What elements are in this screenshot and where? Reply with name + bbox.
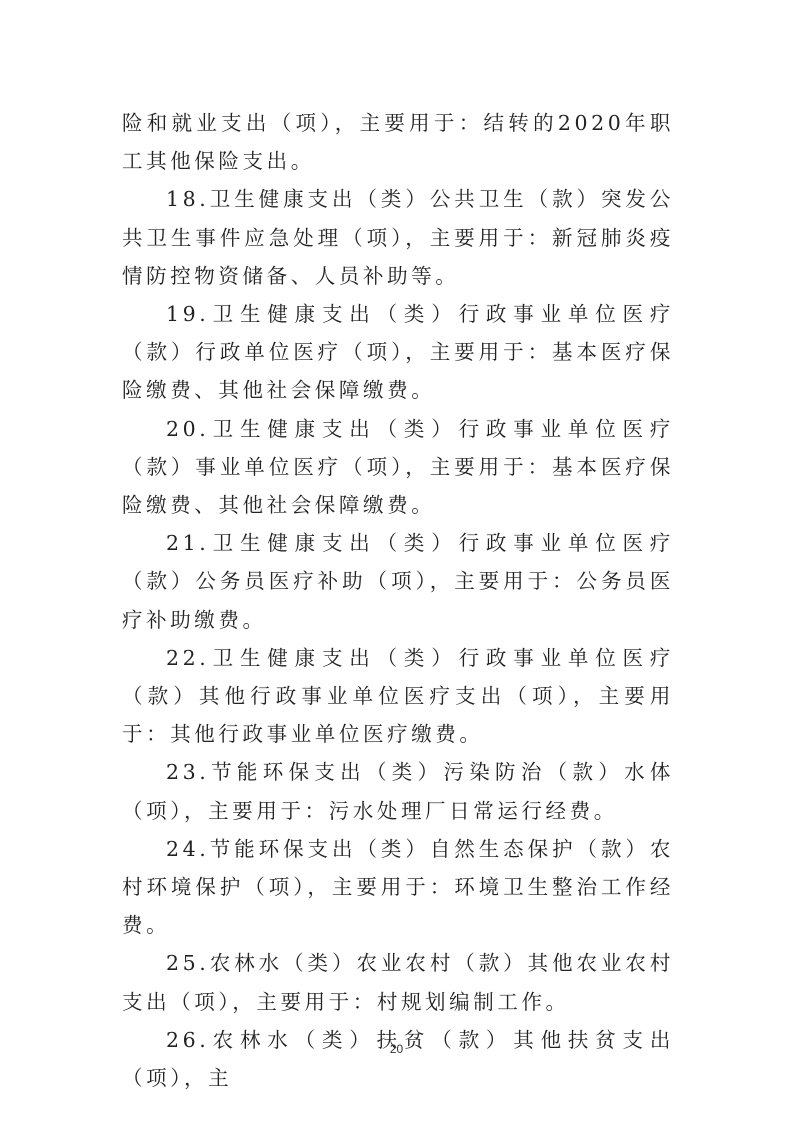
page-number: 20 [0,1042,793,1056]
paragraph-item-21: 21.卫生健康支出（类）行政事业单位医疗（款）公务员医疗补助（项），主要用于：公… [122,524,674,639]
paragraph-item-26: 26.农林水（类）扶贫（款）其他扶贫支出（项），主 [122,1021,674,1097]
paragraph-item-25: 25.农林水（类）农业农村（款）其他农业农村支出（项），主要用于：村规划编制工作… [122,944,674,1020]
paragraph-item-24: 24.节能环保支出（类）自然生态保护（款）农村环境保护（项），主要用于：环境卫生… [122,830,674,945]
body-text: 险和就业支出（项），主要用于：结转的2020年职工其他保险支出。 18.卫生健康… [122,104,674,1097]
paragraph-continuation: 险和就业支出（项），主要用于：结转的2020年职工其他保险支出。 [122,104,674,180]
paragraph-item-22: 22.卫生健康支出（类）行政事业单位医疗（款）其他行政事业单位医疗支出（项），主… [122,639,674,754]
paragraph-item-23: 23.节能环保支出（类）污染防治（款）水体（项），主要用于：污水处理厂日常运行经… [122,753,674,829]
paragraph-item-19: 19.卫生健康支出（类）行政事业单位医疗（款）行政单位医疗（项），主要用于：基本… [122,295,674,410]
paragraph-item-18: 18.卫生健康支出（类）公共卫生（款）突发公共卫生事件应急处理（项），主要用于：… [122,180,674,295]
paragraph-item-20: 20.卫生健康支出（类）行政事业单位医疗（款）事业单位医疗（项），主要用于：基本… [122,410,674,525]
document-page: 险和就业支出（项），主要用于：结转的2020年职工其他保险支出。 18.卫生健康… [0,0,793,1122]
